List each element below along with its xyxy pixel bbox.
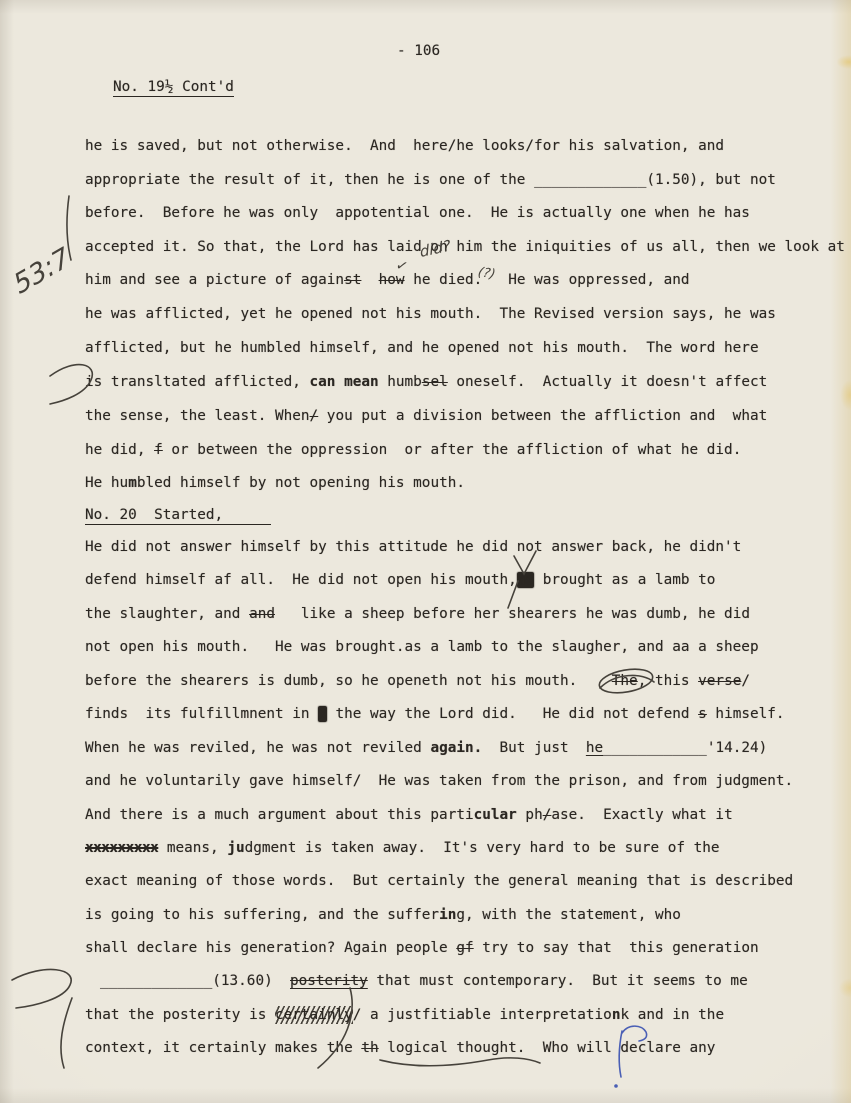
typed-segment: xxxxxxxxx — [85, 840, 158, 856]
typed-segment: he is saved, but not otherwise. And here… — [85, 138, 724, 154]
typed-segment: s — [698, 706, 707, 722]
typed-segment: _____________ — [100, 973, 212, 989]
typed-segment: that must contemporary. But it seems to … — [368, 973, 748, 989]
typed-line-10: he did, f or between the oppression or a… — [85, 441, 851, 459]
typed-segment: m — [128, 475, 137, 491]
typed-segment: certainly — [275, 1007, 353, 1023]
typed-line-4: accepted it. So that, the Lord has laid … — [85, 238, 845, 256]
typed-segment: he — [586, 740, 603, 756]
typed-segment: the slaughter, and — [85, 606, 249, 622]
typed-line-18: When he was reviled, he was not reviled … — [85, 739, 767, 757]
margin-line-mark — [67, 196, 71, 260]
section-heading-20-started: No. 20 Started, — [85, 506, 271, 524]
heading-text: No. 19½ Cont'd — [113, 79, 234, 97]
typed-segment: And there is a much argument about this … — [85, 807, 474, 823]
typed-line-12: He did not answer himself by this attitu… — [85, 538, 741, 556]
typed-line-19: and he voluntarily gave himself/ He was … — [85, 772, 845, 790]
typed-line-6: he was afflicted, yet he opened not his … — [85, 305, 776, 323]
typed-segment: st — [344, 272, 361, 288]
typed-line-2: appropriate the result of it, then he is… — [85, 171, 776, 189]
typed-segment: him and see a picture of again — [85, 272, 344, 288]
page-number: - 106 — [397, 42, 440, 60]
typed-segment: _____________ — [534, 172, 646, 188]
typed-segment: the sense, the least. When — [85, 408, 310, 424]
typed-line-22: exact meaning of those words. But certai… — [85, 872, 793, 890]
typed-segment: as — [517, 572, 534, 588]
typed-segment: try to say that this generation — [474, 940, 759, 956]
typed-segment: bled himself by not opening his mouth. — [137, 475, 465, 491]
blue-pen-dot-mark — [614, 1084, 618, 1088]
typed-segment: defend himself af all. He did not open h… — [85, 572, 517, 588]
typed-segment: finds its fulfillmnent in — [85, 706, 318, 722]
typed-segment: '14.24) — [707, 740, 767, 756]
typed-segment: the way the Lord did. He did not defend — [327, 706, 698, 722]
typed-segment: verse — [698, 673, 741, 689]
typed-segment: before. Before he was only appotential o… — [85, 205, 750, 221]
typed-segment: x — [318, 706, 327, 722]
typed-line-16: before the shearers is dumb, so he opene… — [85, 672, 828, 690]
typed-segment: gf — [456, 940, 473, 956]
typed-segment: brought as a lamb to — [534, 572, 715, 588]
typed-segment: context, it certainly makes the — [85, 1040, 361, 1056]
typed-segment: (1.50), but not — [646, 172, 776, 188]
typed-segment: th — [361, 1040, 378, 1056]
document-page: - 106 No. 19½ Cont'd No. 20 Started, he … — [0, 0, 851, 1103]
typed-segment — [361, 272, 378, 288]
typed-line-11: He humbled himself by not opening his mo… — [85, 474, 465, 492]
typed-line-27: context, it certainly makes the th logic… — [85, 1039, 715, 1057]
typed-segment: cular — [474, 807, 517, 823]
typed-line-21: xxxxxxxxx means, judgment is taken away.… — [85, 839, 720, 857]
typed-segment: (13.60) — [212, 973, 290, 989]
margin-ref-53-7: 53:7 — [12, 248, 72, 295]
typed-segment: dgment is taken away. It's very hard to … — [245, 840, 720, 856]
typed-segment: that the posterity is — [85, 1007, 275, 1023]
typed-segment: shall declare his generation? Again peop… — [85, 940, 456, 956]
typed-segment: / — [310, 408, 319, 424]
typed-segment: himself. — [707, 706, 785, 722]
typed-segment: g, with the statement, who — [456, 907, 681, 923]
margin-arrow-icon — [12, 969, 71, 1008]
typed-segment: , this — [638, 673, 698, 689]
typed-segment: ase. Exactly what it — [551, 807, 732, 823]
typed-segment: But just — [482, 740, 586, 756]
typed-segment: sel — [422, 374, 448, 390]
typed-segment: again. — [430, 740, 482, 756]
typed-line-8: is transltated afflicted, can mean humbs… — [85, 373, 785, 391]
typed-line-24: shall declare his generation? Again peop… — [85, 939, 759, 957]
typed-line-1: he is saved, but not otherwise. And here… — [85, 137, 793, 155]
typed-segment: and — [249, 606, 275, 622]
typed-segment: he was afflicted, yet he opened not his … — [85, 306, 776, 322]
wavy-underline-mark — [380, 1058, 540, 1066]
typed-segment: in — [439, 907, 456, 923]
typed-line-9: the sense, the least. When/ you put a di… — [85, 407, 836, 425]
typed-segment: can mean — [310, 374, 379, 390]
typed-segment: afflicted, but he humbled himself, and h… — [85, 340, 759, 356]
typed-segment: / a justfitiable interpretatio — [353, 1007, 612, 1023]
typed-segment: He did not answer himself by this attitu… — [85, 539, 741, 555]
typed-segment: / — [741, 673, 750, 689]
typed-segment: he died. — [405, 272, 483, 288]
typed-segment: is transltated afflicted, — [85, 374, 310, 390]
typed-line-25: _____________(13.60) posterity that must… — [100, 972, 748, 990]
typed-segment: k and in the — [620, 1007, 724, 1023]
typed-segment: like a sheep before her shearers he was … — [275, 606, 750, 622]
typed-segment: not open his mouth. He was brought.as a … — [85, 639, 759, 655]
typed-line-14: the slaughter, and and like a sheep befo… — [85, 605, 750, 623]
typed-segment: exact meaning of those words. But certai… — [85, 873, 793, 889]
typed-segment: f — [154, 442, 163, 458]
section-heading-19-contd: No. 19½ Cont'd — [113, 78, 234, 96]
typed-segment: is going to his suffering, and the suffe… — [85, 907, 439, 923]
typed-segment: ju — [227, 840, 244, 856]
typed-line-15: not open his mouth. He was brought.as a … — [85, 638, 759, 656]
typed-segment: he did, — [85, 442, 154, 458]
margin-arrow-tail-mark — [61, 998, 72, 1068]
typed-segment: accepted it. So that, the Lord has laid … — [85, 239, 845, 255]
typed-segment: logical thought. Who will declare any — [379, 1040, 716, 1056]
typed-segment: appropriate the result of it, then he is… — [85, 172, 534, 188]
typed-line-3: before. Before he was only appotential o… — [85, 204, 750, 222]
typed-segment: humb — [379, 374, 422, 390]
typed-segment: ph — [517, 807, 543, 823]
typed-line-20: And there is a much argument about this … — [85, 806, 741, 824]
typed-line-13: defend himself af all. He did not open h… — [85, 571, 715, 589]
typed-segment: He was oppressed, and — [482, 272, 689, 288]
typed-segment: When he was reviled, he was not reviled — [85, 740, 430, 756]
typed-segment: or between the oppression or after the a… — [163, 442, 742, 458]
typed-segment: posterity — [290, 973, 368, 989]
typed-line-17: finds its fulfillmnent in x the way the … — [85, 705, 785, 723]
typed-segment: means, — [158, 840, 227, 856]
typed-segment: The — [612, 673, 638, 689]
typed-segment: oneself. Actually it doesn't affect — [448, 374, 768, 390]
typed-line-23: is going to his suffering, and the suffe… — [85, 906, 681, 924]
typed-segment: ____________ — [603, 740, 707, 756]
typed-segment: He hu — [85, 475, 128, 491]
typed-line-26: that the posterity is certainly/ a justf… — [85, 1006, 785, 1024]
typed-segment: before the shearers is dumb, so he opene… — [85, 673, 612, 689]
typed-segment: and he voluntarily gave himself/ He was … — [85, 773, 793, 789]
typed-line-7: afflicted, but he humbled himself, and h… — [85, 339, 759, 357]
heading-text: No. 20 Started, — [85, 507, 271, 525]
typed-segment: you put a division between the afflictio… — [318, 408, 767, 424]
